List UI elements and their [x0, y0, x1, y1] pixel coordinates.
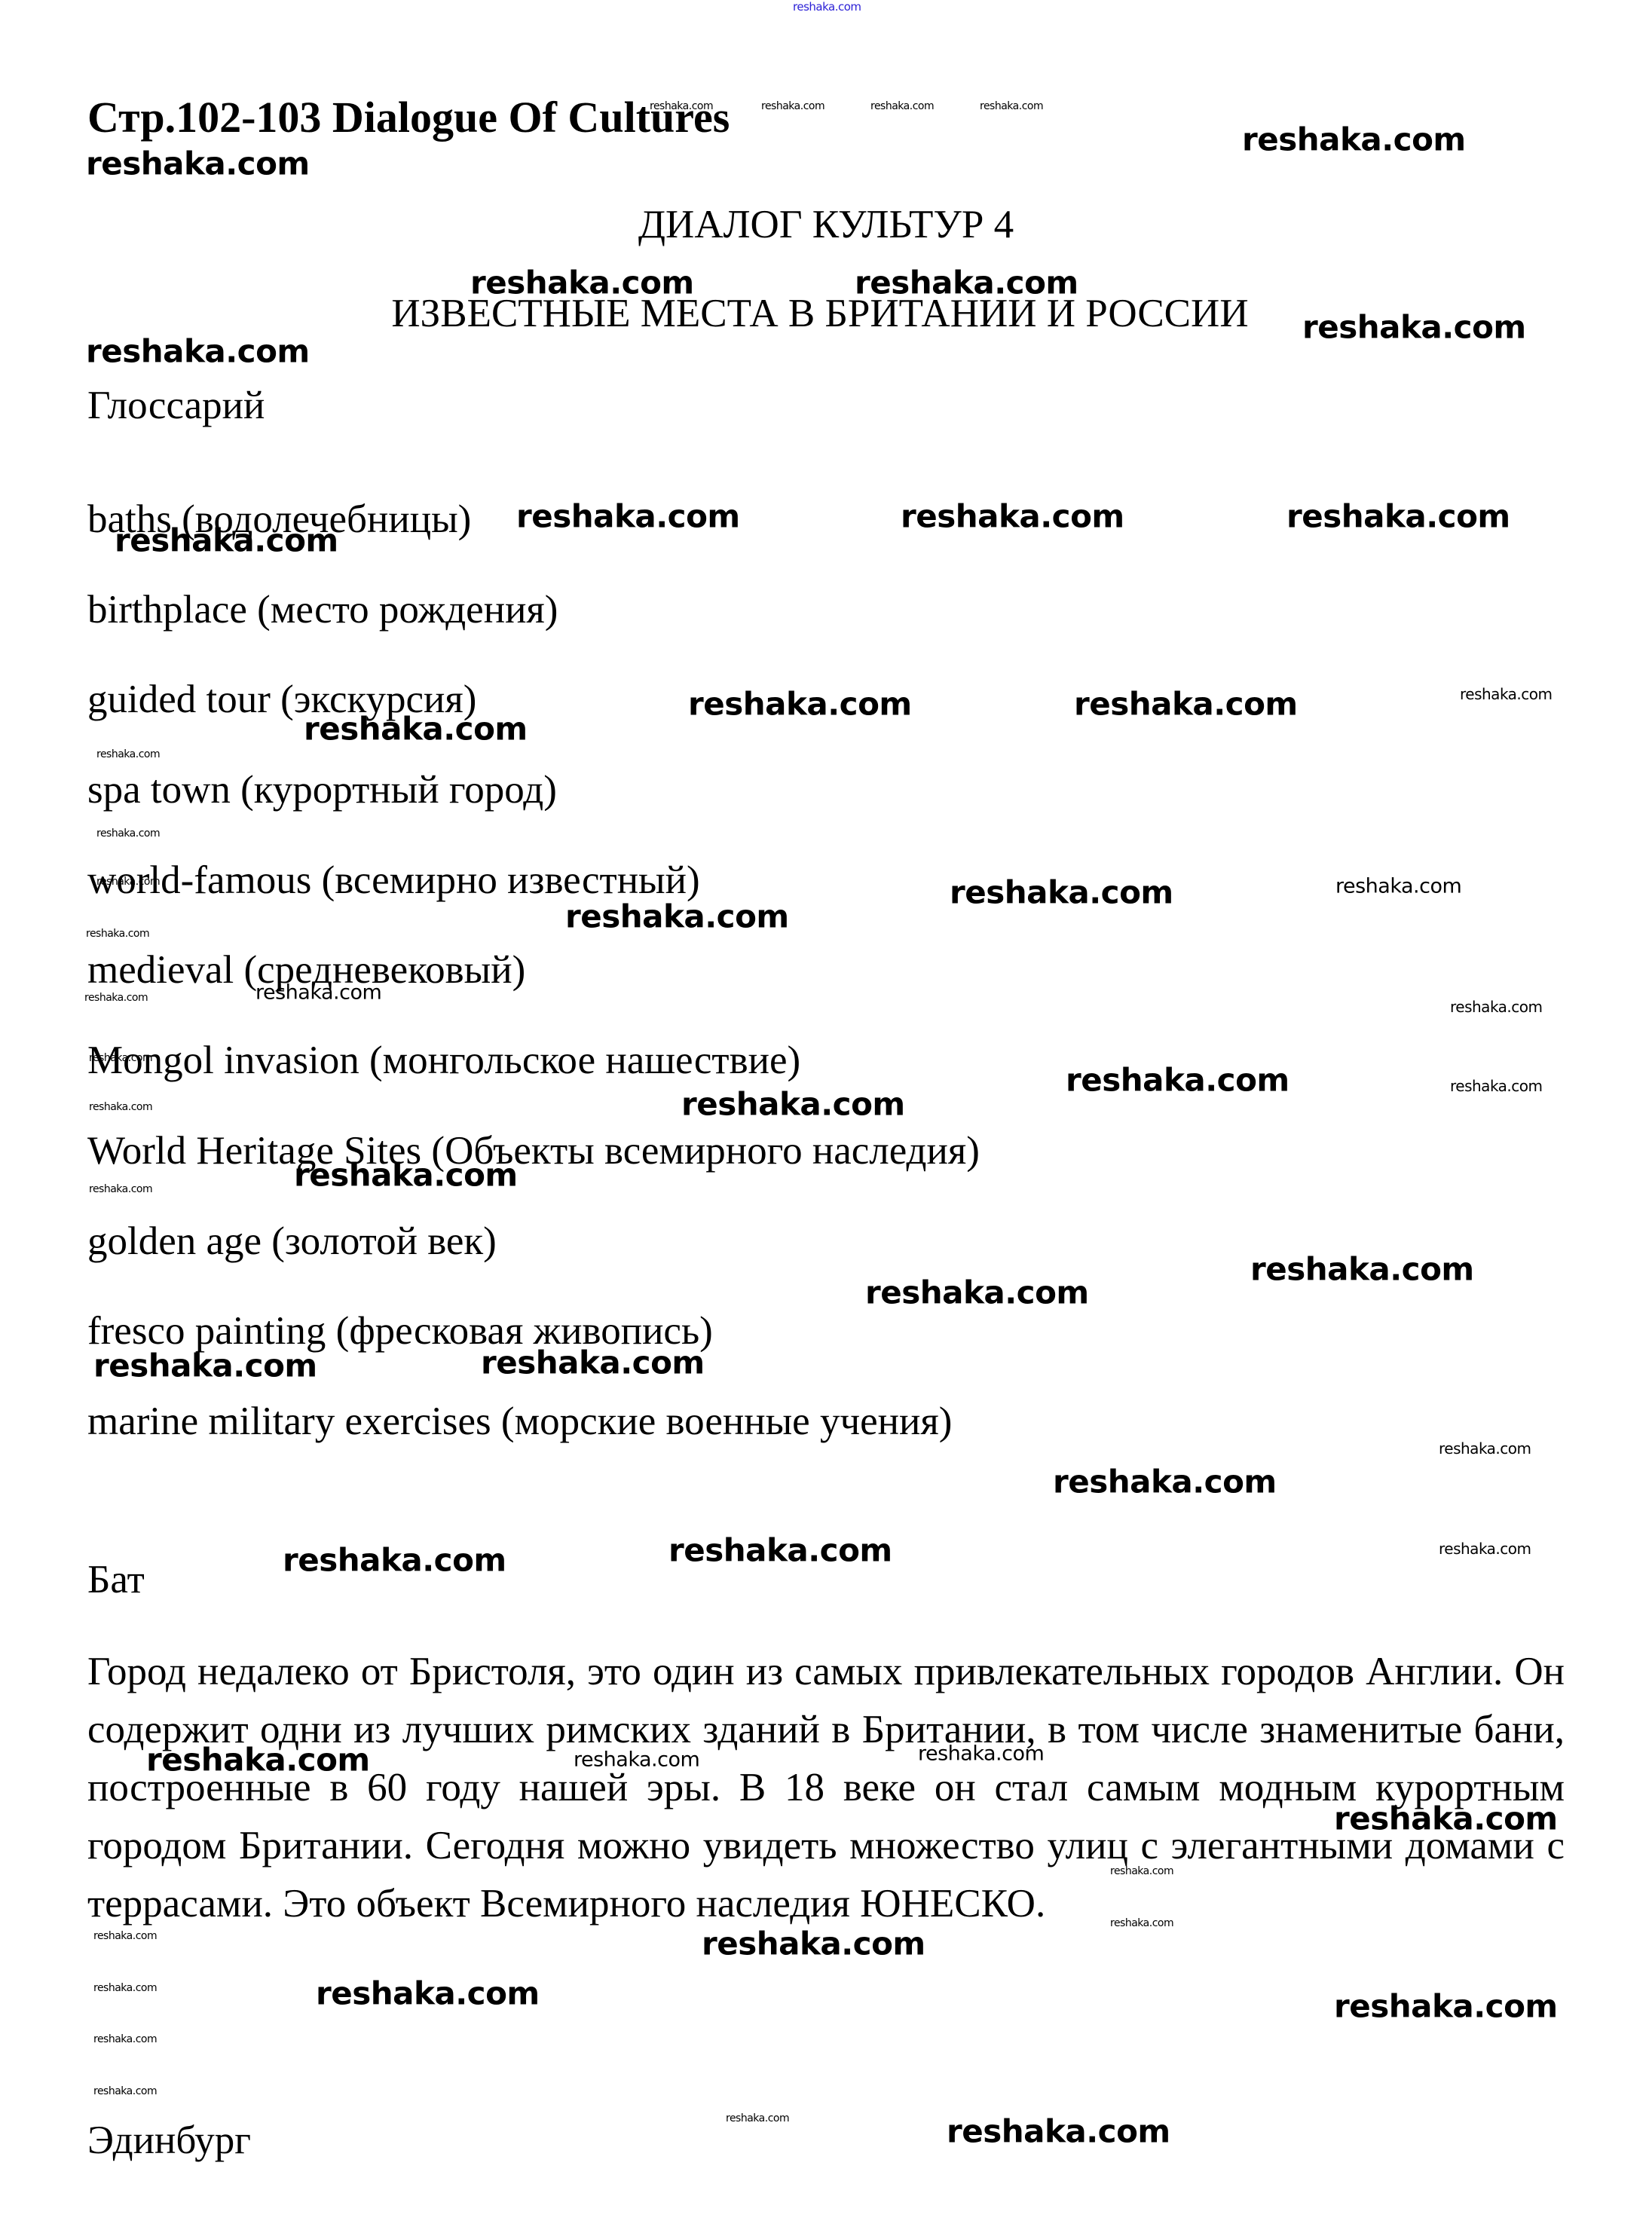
- glossary-item: spa town (курортный город): [87, 745, 980, 836]
- section-text-bath: Город недалеко от Бристоля, это один из …: [87, 1643, 1565, 1933]
- watermark: reshaka.com: [1242, 121, 1466, 158]
- watermark: reshaka.com: [1074, 686, 1298, 723]
- watermark: reshaka.com: [316, 1975, 540, 2012]
- watermark: reshaka.com: [1334, 1988, 1558, 2025]
- watermark: reshaka.com: [1439, 1439, 1531, 1458]
- watermark: reshaka.com: [565, 898, 789, 935]
- watermark: reshaka.com: [146, 1742, 370, 1779]
- page-title: Стр.102-103 Dialogue Of Cultures: [87, 92, 730, 142]
- section-title-edinburgh: Эдинбург: [87, 2118, 251, 2163]
- watermark: reshaka.com: [93, 1982, 157, 1994]
- watermark: reshaka.com: [855, 265, 1078, 301]
- watermark: reshaka.com: [950, 874, 1173, 911]
- watermark: reshaka.com: [516, 498, 740, 535]
- watermark: reshaka.com: [1053, 1464, 1277, 1500]
- watermark: reshaka.com: [1286, 498, 1510, 535]
- watermark: reshaka.com: [1439, 1540, 1531, 1558]
- watermark: reshaka.com: [1066, 1062, 1289, 1099]
- watermark: reshaka.com: [255, 981, 381, 1005]
- watermark: reshaka.com: [681, 1086, 905, 1123]
- watermark: reshaka.com: [668, 1532, 892, 1569]
- watermark: reshaka.com: [96, 876, 160, 888]
- watermark: reshaka.com: [574, 1748, 699, 1772]
- watermark: reshaka.com: [1450, 998, 1543, 1016]
- watermark: reshaka.com: [901, 498, 1124, 535]
- glossary-item: birthplace (место рождения): [87, 565, 980, 656]
- watermark: reshaka.com: [980, 100, 1043, 112]
- watermark: reshaka.com: [283, 1542, 506, 1579]
- watermark: reshaka.com: [93, 2033, 157, 2045]
- watermark: reshaka.com: [96, 748, 160, 760]
- watermark: reshaka.com: [294, 1157, 518, 1194]
- watermark: reshaka.com: [650, 100, 713, 112]
- watermark: reshaka.com: [115, 522, 338, 559]
- watermark: reshaka.com: [96, 827, 160, 840]
- watermark: reshaka.com: [688, 686, 912, 723]
- watermark: reshaka.com: [89, 1052, 152, 1064]
- section-title-bath: Бат: [87, 1557, 145, 1602]
- watermark: reshaka.com: [870, 100, 934, 112]
- glossary-item: marine military exercises (морские военн…: [87, 1377, 980, 1467]
- watermark: reshaka.com: [93, 2085, 157, 2097]
- watermark: reshaka.com: [89, 1183, 152, 1195]
- glossary-item: world-famous (всемирно известный): [87, 836, 980, 926]
- watermark: reshaka.com: [481, 1344, 705, 1381]
- watermark: reshaka.com: [761, 100, 824, 112]
- watermark: reshaka.com: [93, 1930, 157, 1942]
- watermark: reshaka.com: [86, 333, 310, 370]
- watermark: reshaka.com: [1460, 685, 1553, 703]
- watermark: reshaka.com: [1250, 1251, 1474, 1288]
- watermark: reshaka.com: [1302, 309, 1526, 346]
- watermark: reshaka.com: [918, 1742, 1044, 1766]
- watermark: reshaka.com: [470, 265, 694, 301]
- watermark: reshaka.com: [84, 992, 148, 1004]
- watermark: reshaka.com: [1335, 875, 1461, 898]
- watermark: reshaka.com: [86, 145, 310, 182]
- glossary-item: golden age (золотой век): [87, 1197, 980, 1287]
- glossary-list: baths (водолечебницы) birthplace (место …: [87, 475, 980, 1467]
- watermark: reshaka.com: [1110, 1865, 1173, 1877]
- watermark: reshaka.com: [86, 928, 149, 940]
- glossary-item: medieval (средневековый): [87, 925, 980, 1016]
- watermark: reshaka.com: [89, 1101, 152, 1113]
- watermark: reshaka.com: [1334, 1800, 1558, 1837]
- watermark: reshaka.com: [865, 1274, 1089, 1311]
- glossary-title: Глоссарий: [87, 383, 265, 428]
- watermark: reshaka.com: [702, 1926, 925, 1962]
- watermark: reshaka.com: [1110, 1917, 1173, 1929]
- section-heading-dialogue: ДИАЛОГ КУЛЬТУР 4: [0, 202, 1652, 247]
- site-link[interactable]: reshaka.com: [793, 0, 861, 14]
- watermark: reshaka.com: [947, 2113, 1170, 2150]
- watermark: reshaka.com: [93, 1347, 317, 1384]
- watermark: reshaka.com: [1450, 1077, 1543, 1095]
- document-page: reshaka.com Стр.102-103 Dialogue Of Cult…: [0, 0, 1652, 2233]
- watermark: reshaka.com: [304, 711, 528, 748]
- watermark: reshaka.com: [726, 2112, 789, 2124]
